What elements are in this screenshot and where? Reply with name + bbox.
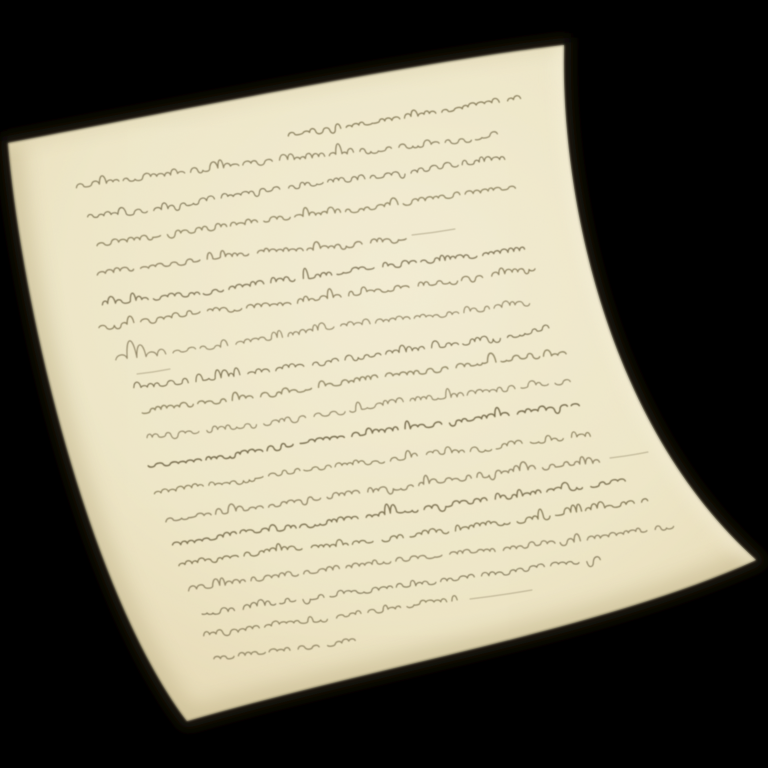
scene (0, 0, 768, 768)
handwritten-letter-illustration (0, 0, 768, 768)
